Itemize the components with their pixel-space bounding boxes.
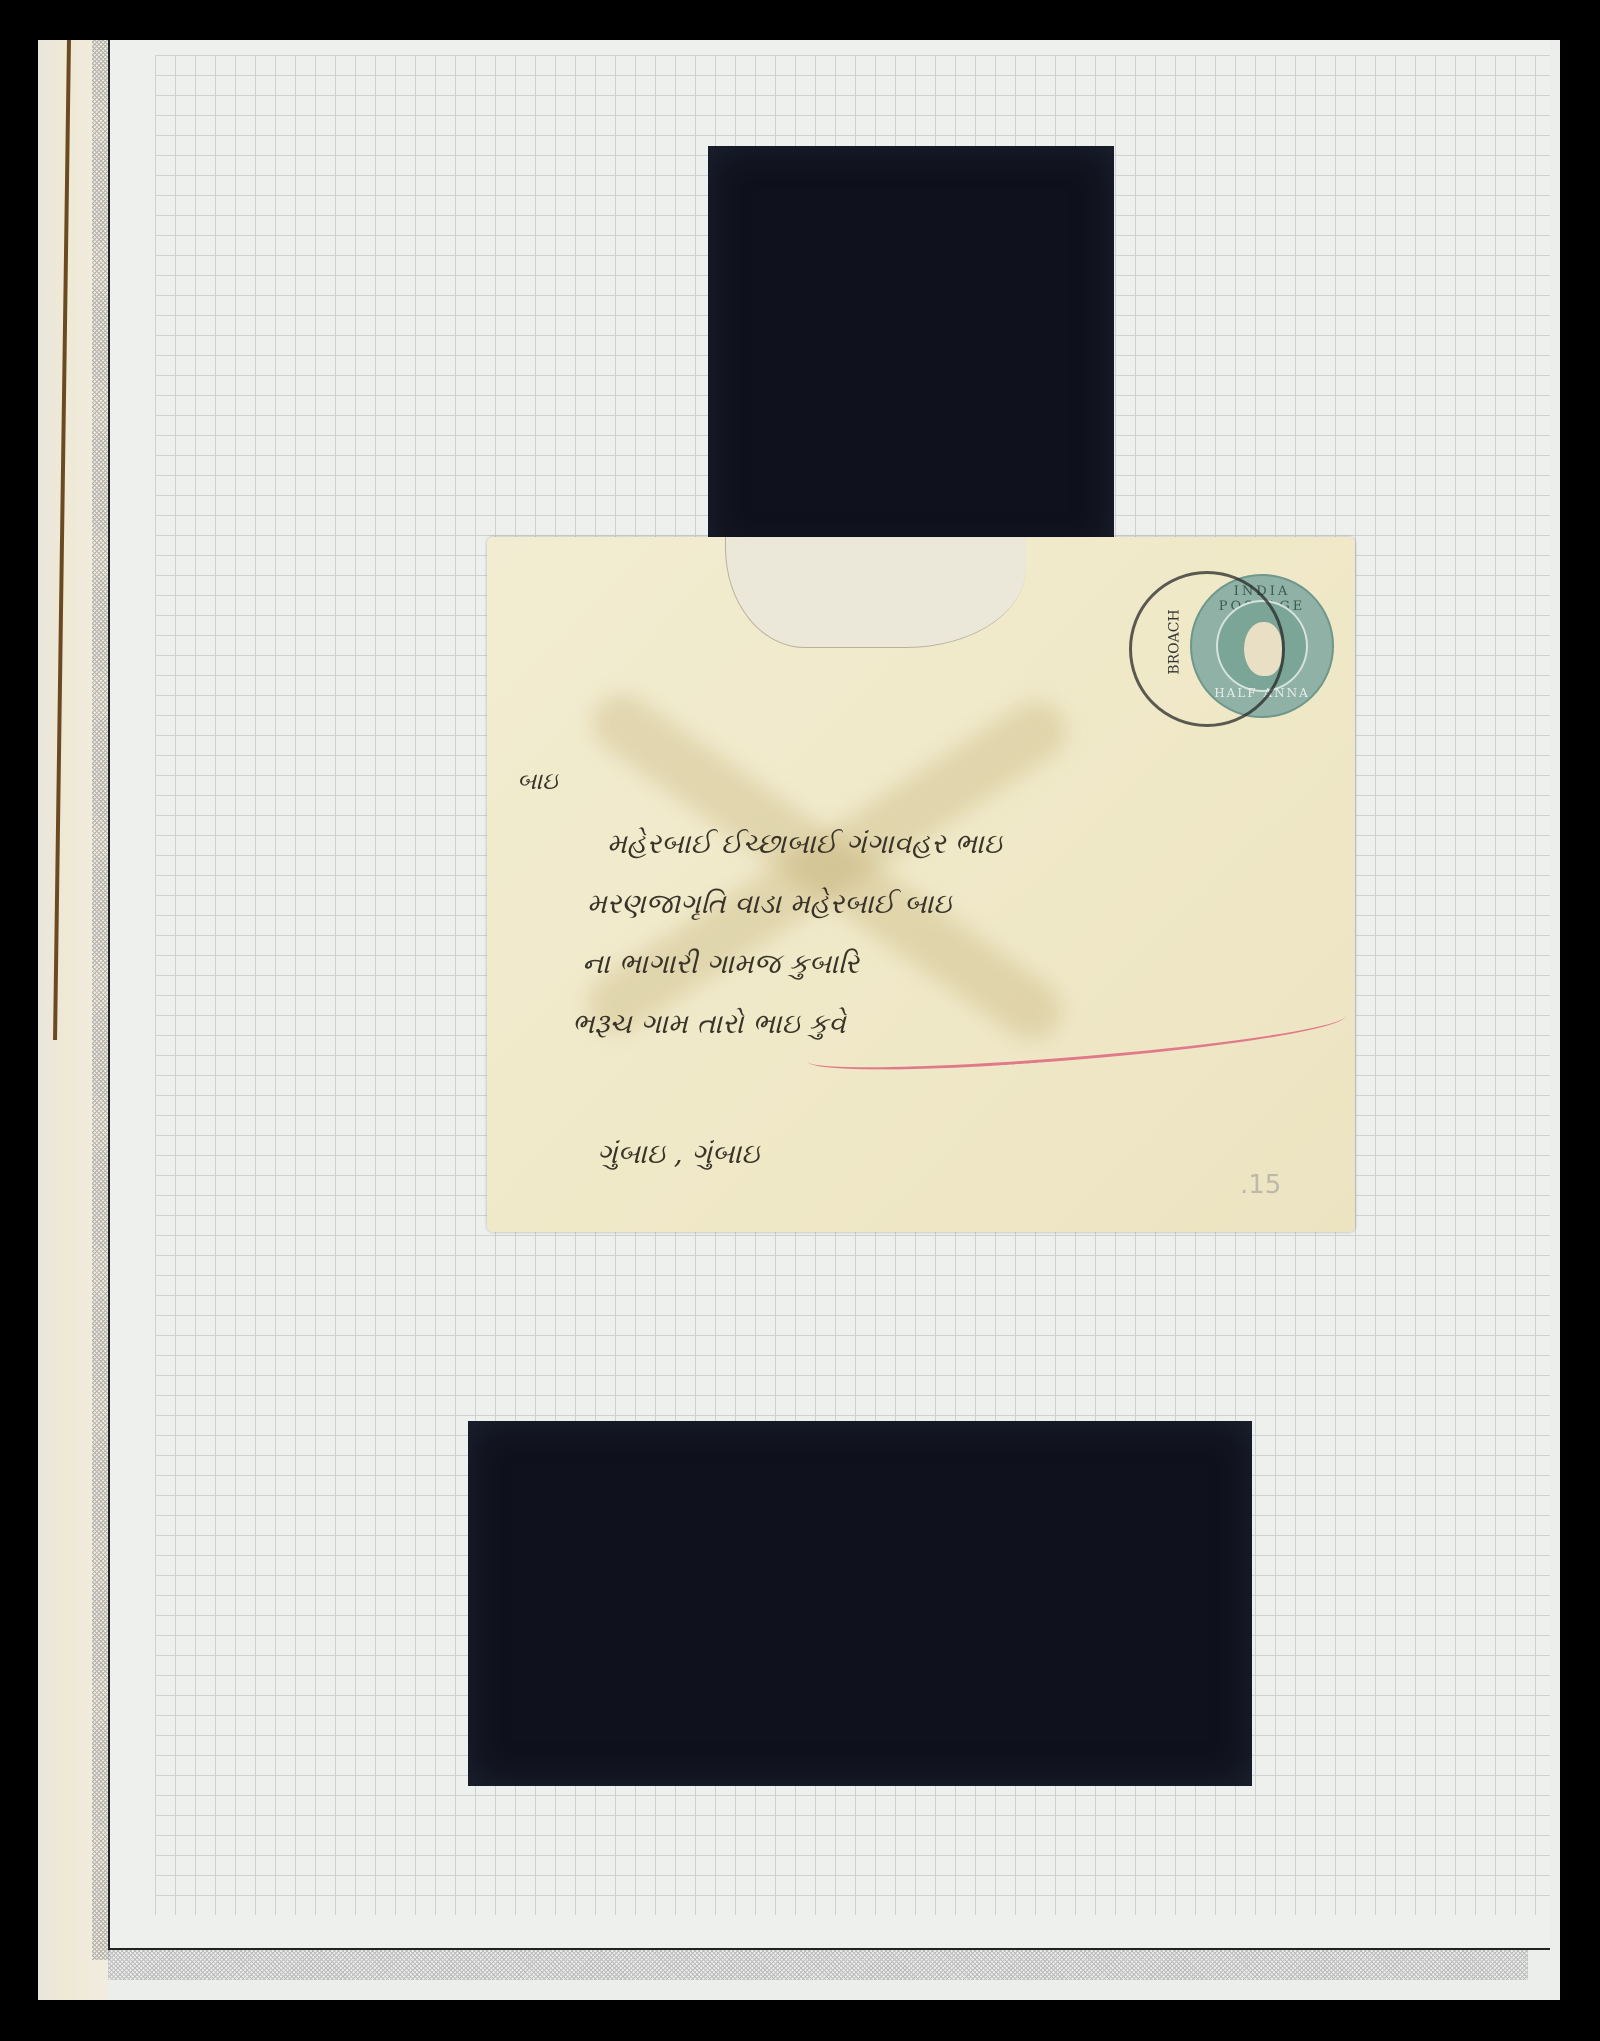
address-line: ભરૂચ ગામ તારો ભાઇ કુવે (572, 1007, 846, 1041)
envelope-flap (725, 537, 1026, 648)
address-line: મહેરબાઈ ઈચ્છાબાઈ ગંગાવહર ભાઇ (607, 827, 1002, 861)
address-line: મરણજાગૃતિ વાડા મહેરબાઈ બાઇ (587, 887, 951, 921)
black-mount-top (708, 146, 1114, 556)
signature-line: ગુંબાઇ , ગુંબાઇ (597, 1137, 759, 1171)
black-mount-bottom (468, 1421, 1252, 1786)
bottom-decorative-border (108, 1950, 1528, 1980)
red-underline-mark (806, 998, 1348, 1079)
address-line: બાઇ (517, 767, 558, 795)
postmark-cancel: BROACH (1129, 571, 1285, 727)
postmark-text: BROACH (1167, 609, 1183, 674)
postal-envelope: INDIA POSTAGE HALF ANNA BROACH બાઇ મહેરબ… (487, 537, 1355, 1232)
address-line: ના ભાગારી ગામજ કુબારિ (582, 947, 859, 981)
pencil-note: .15 (1240, 1170, 1281, 1200)
